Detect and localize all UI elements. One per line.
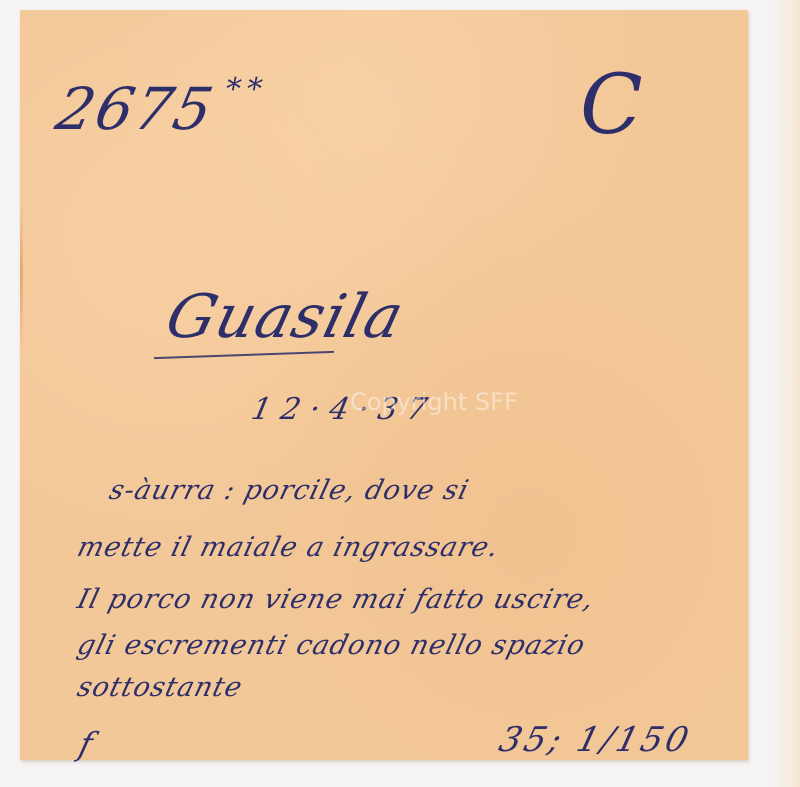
record-date: 12·4·37 — [248, 392, 440, 427]
entry-line-4: gli escrementi cadono nello spazio — [74, 630, 589, 661]
scan-scene: 2675** C Guasila 12·4·37 Copyright SFF s… — [0, 0, 800, 787]
entry-line-1: s-àurra : porcile, dove si — [106, 475, 472, 506]
category-letter: C — [580, 58, 643, 153]
card-fold-edge — [20, 200, 23, 350]
catalog-number-value: 2675 — [50, 75, 220, 143]
place-name-heading: Guasila — [159, 282, 411, 352]
footer-initial: f — [75, 725, 97, 763]
index-card: 2675** C Guasila 12·4·37 Copyright SFF s… — [20, 10, 748, 760]
catalog-star-marks: ** — [222, 72, 271, 107]
entry-line-2: mette il maiale a ingrassare. — [74, 532, 502, 563]
entry-line-5: sottostante — [74, 672, 246, 703]
catalog-number: 2675** — [50, 72, 271, 143]
background-card-edge — [775, 0, 800, 787]
footer-reference: 35; 1/150 — [495, 720, 695, 760]
place-name-underline — [154, 351, 334, 359]
entry-line-3: Il porco non viene mai fatto uscire, — [74, 584, 597, 615]
